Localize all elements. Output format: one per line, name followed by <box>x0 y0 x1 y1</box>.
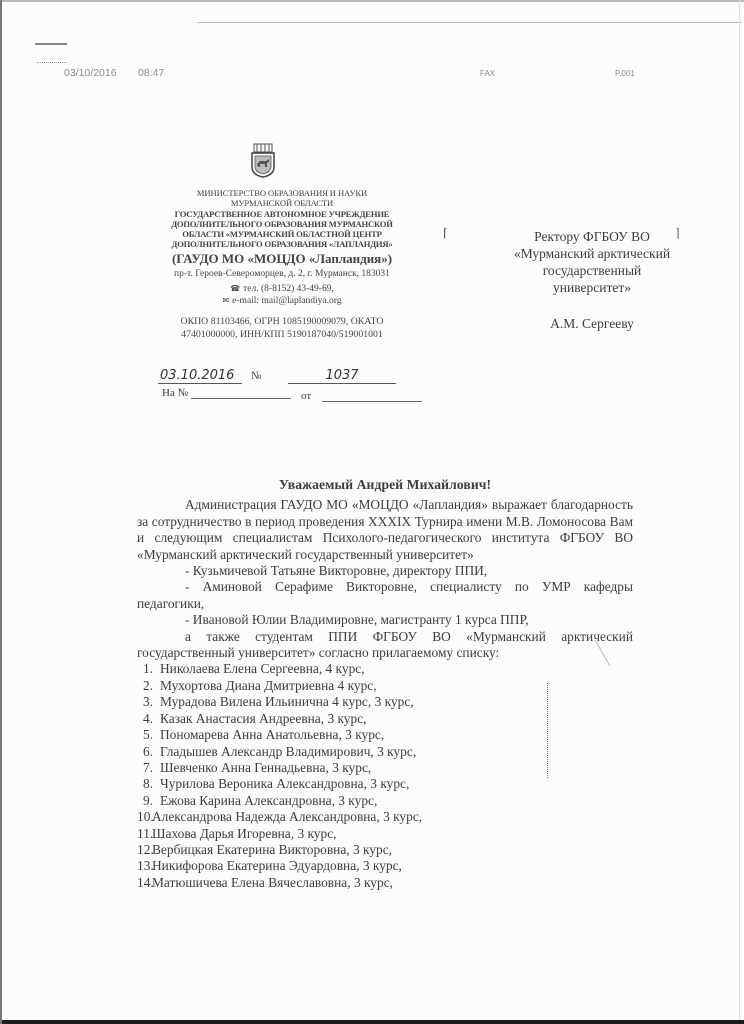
student-entry: Вербицкая Екатерина Викторовна, 3 курс, <box>152 842 392 857</box>
ministry-line: МУРМАНСКОЙ ОБЛАСТИ <box>122 198 442 208</box>
ministry-line: МИНИСТЕРСТВО ОБРАЗОВАНИЯ И НАУКИ <box>122 188 442 198</box>
fax-page-number: P.001 <box>615 69 635 78</box>
bleed-through-texture <box>490 152 670 168</box>
recipient-title: Ректору ФГБОУ ВО <box>482 228 702 245</box>
student-list-item: 6.Гладышев Александр Владимирович, 3 кур… <box>137 744 633 760</box>
list-number: 12. <box>137 842 152 858</box>
registration-codes: 47401000000, ИНН/КПП 5190187040/51900100… <box>122 328 442 341</box>
specialist-item: - Кузьмичевой Татьяне Викторовне, директ… <box>137 563 633 579</box>
student-entry: Чурилова Вероника Александровна, 3 курс, <box>160 776 409 791</box>
scan-right-edge <box>739 0 740 1020</box>
student-entry: Шахова Дарья Игоревна, 3 курс, <box>152 826 337 841</box>
sender-organization-block: МИНИСТЕРСТВО ОБРАЗОВАНИЯ И НАУКИ МУРМАНС… <box>122 188 442 341</box>
list-number: 8. <box>143 776 160 792</box>
number-label: № <box>251 370 262 382</box>
student-list-item: 4.Казак Анастасия Андреевна, 3 курс, <box>137 711 633 727</box>
list-number: 7. <box>143 760 160 776</box>
scan-top-edge <box>2 0 744 2</box>
recipient-title: государственный <box>482 262 702 279</box>
student-list-item: 7.Шевченко Анна Геннадьевна, 3 курс, <box>137 760 633 776</box>
list-number: 2. <box>143 678 160 694</box>
fax-time: 08:47 <box>138 67 164 79</box>
list-number: 11. <box>137 826 152 842</box>
list-number: 13. <box>137 858 152 874</box>
coat-of-arms-icon <box>250 143 276 178</box>
recipient-title: университет» <box>482 279 702 296</box>
recipient-block: Ректору ФГБОУ ВО «Мурманский арктический… <box>482 228 702 332</box>
letter-body: Уважаемый Андрей Михайлович! Администрац… <box>137 477 633 891</box>
institution-line: ОБЛАСТИ «МУРМАНСКИЙ ОБЛАСТНОЙ ЦЕНТР <box>122 229 442 239</box>
list-number: 14. <box>137 875 152 891</box>
students-intro: а также студентам ППИ ФГБОУ ВО «Мурманск… <box>137 629 633 662</box>
pen-mark <box>35 43 67 45</box>
gratitude-paragraph: Администрация ГАУДО МО «МОЦДО «Лапландия… <box>137 497 633 563</box>
student-list-item: 13.Никифорова Екатерина Эдуардовна, 3 ку… <box>137 858 633 874</box>
list-number: 4. <box>143 711 160 727</box>
scanned-letter-page: 03/10/2016 08:47 FAX P.001 МИНИСТЕРСТВО … <box>0 0 744 1024</box>
student-entry: Казак Анастасия Андреевна, 3 курс, <box>160 711 366 726</box>
from-label: от <box>301 390 311 402</box>
specialist-item: - Аминовой Серафиме Викторовне, специали… <box>137 579 633 612</box>
outgoing-date: 03.10.2016 <box>158 368 242 384</box>
student-list-item: 1.Николаева Елена Сергеевна, 4 курс, <box>137 661 633 677</box>
phone-line: ☎тел. (8-8152) 43-49-69, <box>122 283 442 296</box>
institution-line: ГОСУДАРСТВЕННОЕ АВТОНОМНОЕ УЧРЕЖДЕНИЕ <box>122 209 442 219</box>
phone-icon: ☎ <box>230 284 240 293</box>
list-number: 5. <box>143 727 160 743</box>
student-entry: Мухортова Диана Дмитриевна 4 курс, <box>160 678 377 693</box>
student-list-item: 11.Шахова Дарья Игоревна, 3 курс, <box>137 826 633 842</box>
pen-mark <box>37 62 67 64</box>
recipient-title: «Мурманский арктический <box>482 245 702 262</box>
envelope-icon: ✉ <box>222 296 229 305</box>
scan-rule-line <box>197 22 742 23</box>
institution-short-name: (ГАУДО МО «МОЦДО «Лапландия») <box>122 251 442 267</box>
student-list-item: 5.Пономарева Анна Анатольевна, 3 курс, <box>137 727 633 743</box>
list-number: 3. <box>143 694 160 710</box>
student-list-item: 2.Мухортова Диана Дмитриевна 4 курс, <box>137 678 633 694</box>
list-number: 1. <box>143 661 160 677</box>
student-list-item: 8.Чурилова Вероника Александровна, 3 кур… <box>137 776 633 792</box>
reply-to-label: На № <box>162 387 188 399</box>
student-entry: Мурадова Вилена Ильинична 4 курс, 3 курс… <box>160 694 414 709</box>
registration-codes: ОКПО 81103466, ОГРН 1085190009079, ОКАТО <box>122 315 442 328</box>
outgoing-number: 1037 <box>288 368 396 384</box>
student-entry: Пономарева Анна Анатольевна, 3 курс, <box>160 727 384 742</box>
registration-line: 03.10.2016 № 1037 На № от <box>128 368 428 418</box>
student-list-item: 10.Александрова Надежда Александровна, 3… <box>137 809 633 825</box>
student-list-item: 3.Мурадова Вилена Ильинична 4 курс, 3 ку… <box>137 694 633 710</box>
student-list-item: 14.Матюшичева Елена Вячеславовна, 3 курс… <box>137 875 633 891</box>
dotted-mark <box>547 683 548 778</box>
specialist-item: - Ивановой Юлии Владимировне, магистрант… <box>137 612 633 628</box>
institution-line: ДОПОЛНИТЕЛЬНОГО ОБРАЗОВАНИЯ «ЛАПЛАНДИЯ» <box>122 239 442 249</box>
student-entry: Гладышев Александр Владимирович, 3 курс, <box>160 744 416 759</box>
corner-bracket-left: ⌈ <box>443 226 448 241</box>
student-entry: Ежова Карина Александровна, 3 курс, <box>160 793 377 808</box>
email-line: ✉e-mail: mail@laplandiya.org <box>122 295 442 308</box>
student-list: 1.Николаева Елена Сергеевна, 4 курс,2.Му… <box>137 661 633 891</box>
student-entry: Матюшичева Елена Вячеславовна, 3 курс, <box>152 875 393 890</box>
student-entry: Никифорова Екатерина Эдуардовна, 3 курс, <box>152 858 402 873</box>
from-date-blank <box>322 401 422 402</box>
student-list-item: 12.Вербицкая Екатерина Викторовна, 3 кур… <box>137 842 633 858</box>
student-entry: Александрова Надежда Александровна, 3 ку… <box>152 809 422 824</box>
scan-bottom-edge <box>2 1020 744 1024</box>
student-entry: Шевченко Анна Геннадьевна, 3 курс, <box>160 760 371 775</box>
salutation: Уважаемый Андрей Михайлович! <box>137 477 633 493</box>
list-number: 6. <box>143 744 160 760</box>
student-entry: Николаева Елена Сергеевна, 4 курс, <box>160 661 365 676</box>
email-address: e-mail: mail@laplandiya.org <box>232 296 341 306</box>
list-number: 9. <box>143 793 160 809</box>
reply-to-number-blank <box>191 398 291 399</box>
fax-date: 03/10/2016 <box>64 67 117 79</box>
phone-number: тел. (8-8152) 43-49-69, <box>243 284 334 294</box>
recipient-name: А.М. Сергееву <box>482 315 702 332</box>
fax-label: FAX <box>480 69 495 78</box>
institution-line: ДОПОЛНИТЕЛЬНОГО ОБРАЗОВАНИЯ МУРМАНСКОЙ <box>122 219 442 229</box>
list-number: 10. <box>137 809 152 825</box>
student-list-item: 9.Ежова Карина Александровна, 3 курс, <box>137 793 633 809</box>
address: пр-т. Героев-Североморцев, д. 2, г. Мурм… <box>122 269 442 281</box>
